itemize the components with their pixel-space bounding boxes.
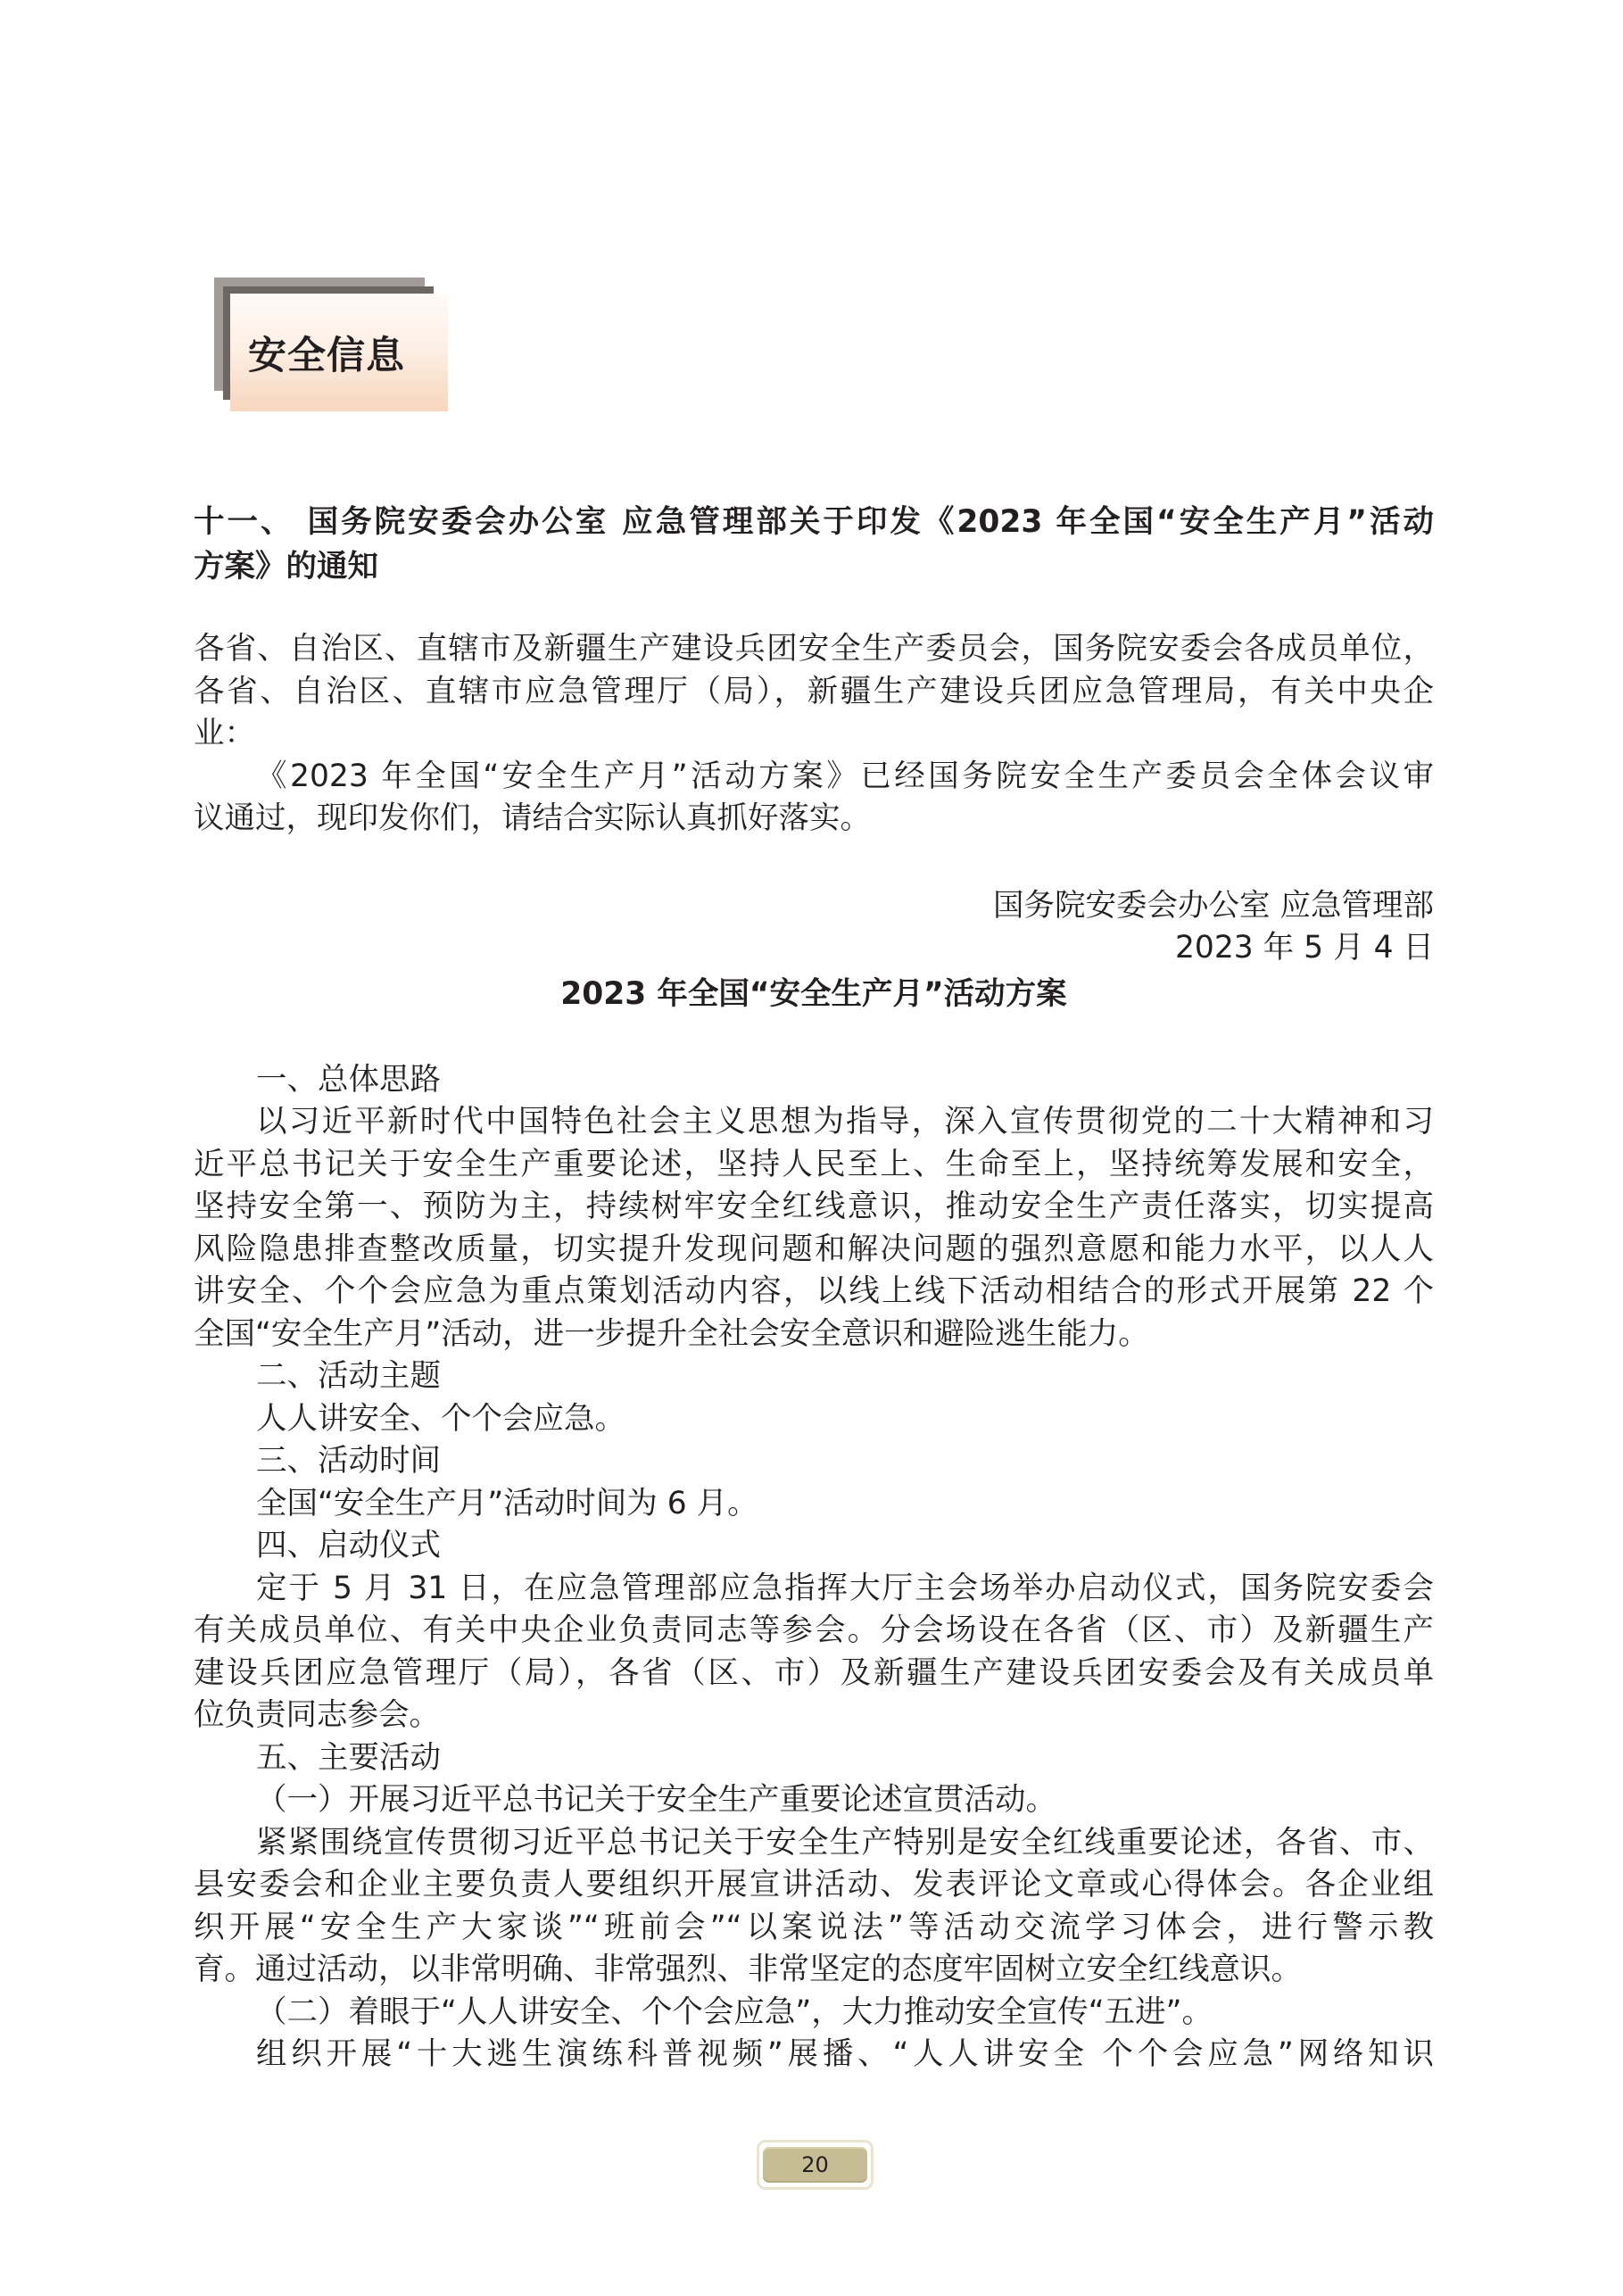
section-1-line: 风险隐患排查整改质量，切实提升发现问题和解决问题的强烈意愿和能力水平，以人人 — [194, 1229, 1434, 1272]
subsection-heading-5-1: （一）开展习近平总书记关于安全生产重要论述宣贯活动。 — [194, 1779, 1434, 1822]
page-number: 20 — [801, 2152, 829, 2177]
section-heading-2: 二、活动主题 — [194, 1355, 1434, 1398]
section-badge-label: 安全信息 — [248, 326, 405, 380]
section-5-line: 育。通过活动，以非常明确、非常强烈、非常坚定的态度牢固树立安全红线意识。 — [194, 1949, 1434, 1992]
page-number-face: 20 — [763, 2147, 867, 2183]
notice-title-line-1: 十一、 国务院安委会办公室 应急管理部关于印发《2023 年全国“安全生产月”活… — [194, 500, 1434, 544]
section-4-line: 定于 5 月 31 日，在应急管理部应急指挥大厅主会场举办启动仪式，国务院安委会 — [194, 1568, 1434, 1611]
section-4-line: 建设兵团应急管理厅（局），各省（区、市）及新疆生产建设兵团安委会及有关成员单 — [194, 1653, 1434, 1695]
section-1-line: 全国“安全生产月”活动，进一步提升全社会安全意识和避险逃生能力。 — [194, 1314, 1434, 1356]
section-5-line: 织开展“安全生产大家谈”“班前会”“以案说法”等活动交流学习体会，进行警示教 — [194, 1907, 1434, 1950]
notice-body-line-2: 议通过，现印发你们，请结合实际认真抓好落实。 — [194, 798, 1434, 841]
section-5-line: 紧紧围绕宣传贯彻习近平总书记关于安全生产特别是安全红线重要论述，各省、市、 — [194, 1822, 1434, 1865]
notice-signature: 国务院安委会办公室 应急管理部 — [194, 885, 1434, 928]
section-1-line: 近平总书记关于安全生产重要论述，坚持人民至上、生命至上，坚持统筹发展和安全， — [194, 1144, 1434, 1187]
page-number-badge: 20 — [757, 2140, 874, 2190]
section-5-line: 组织开展“十大逃生演练科普视频”展播、“人人讲安全 个个会应急”网络知识 — [194, 2034, 1434, 2076]
section-3-line: 全国“安全生产月”活动时间为 6 月。 — [194, 1483, 1434, 1526]
section-5-line: 县安委会和企业主要负责人要组织开展宣讲活动、发表评论文章或心得体会。各企业组 — [194, 1864, 1434, 1907]
section-heading-5: 五、主要活动 — [194, 1737, 1434, 1780]
badge-face: 安全信息 — [230, 294, 448, 411]
notice-date: 2023 年 5 月 4 日 — [194, 927, 1434, 970]
document-body: 十一、 国务院安委会办公室 应急管理部关于印发《2023 年全国“安全生产月”活… — [194, 500, 1434, 2076]
addressee-line-1: 各省、自治区、直辖市及新疆生产建设兵团安全生产委员会，国务院安委会各成员单位， — [194, 628, 1434, 671]
section-2-line: 人人讲安全、个个会应急。 — [194, 1398, 1434, 1441]
notice-title-line-2: 方案》的通知 — [194, 544, 1434, 589]
section-4-line: 位负责同志参会。 — [194, 1695, 1434, 1737]
plan-title: 2023 年全国“安全生产月”活动方案 — [194, 970, 1434, 1018]
section-badge: 安全信息 — [214, 278, 448, 411]
section-4-line: 有关成员单位、有关中央企业负责同志等参会。分会场设在各省（区、市）及新疆生产 — [194, 1610, 1434, 1653]
section-heading-4: 四、启动仪式 — [194, 1525, 1434, 1568]
addressee-line-2: 各省、自治区、直辖市应急管理厅（局），新疆生产建设兵团应急管理局，有关中央企 — [194, 671, 1434, 714]
notice-body-line-1: 《2023 年全国“安全生产月”活动方案》已经国务院安全生产委员会全体会议审 — [194, 756, 1434, 799]
section-heading-3: 三、活动时间 — [194, 1440, 1434, 1483]
subsection-heading-5-2: （二）着眼于“人人讲安全、个个会应急”，大力推动安全宣传“五进”。 — [194, 1992, 1434, 2035]
section-1-line: 坚持安全第一、预防为主，持续树牢安全红线意识，推动安全生产责任落实，切实提高 — [194, 1186, 1434, 1229]
section-heading-1: 一、总体思路 — [194, 1059, 1434, 1102]
addressee-line-3: 业： — [194, 713, 1434, 756]
section-1-line: 讲安全、个个会应急为重点策划活动内容，以线上线下活动相结合的形式开展第 22 个 — [194, 1271, 1434, 1314]
section-1-line: 以习近平新时代中国特色社会主义思想为指导，深入宣传贯彻党的二十大精神和习 — [194, 1101, 1434, 1144]
